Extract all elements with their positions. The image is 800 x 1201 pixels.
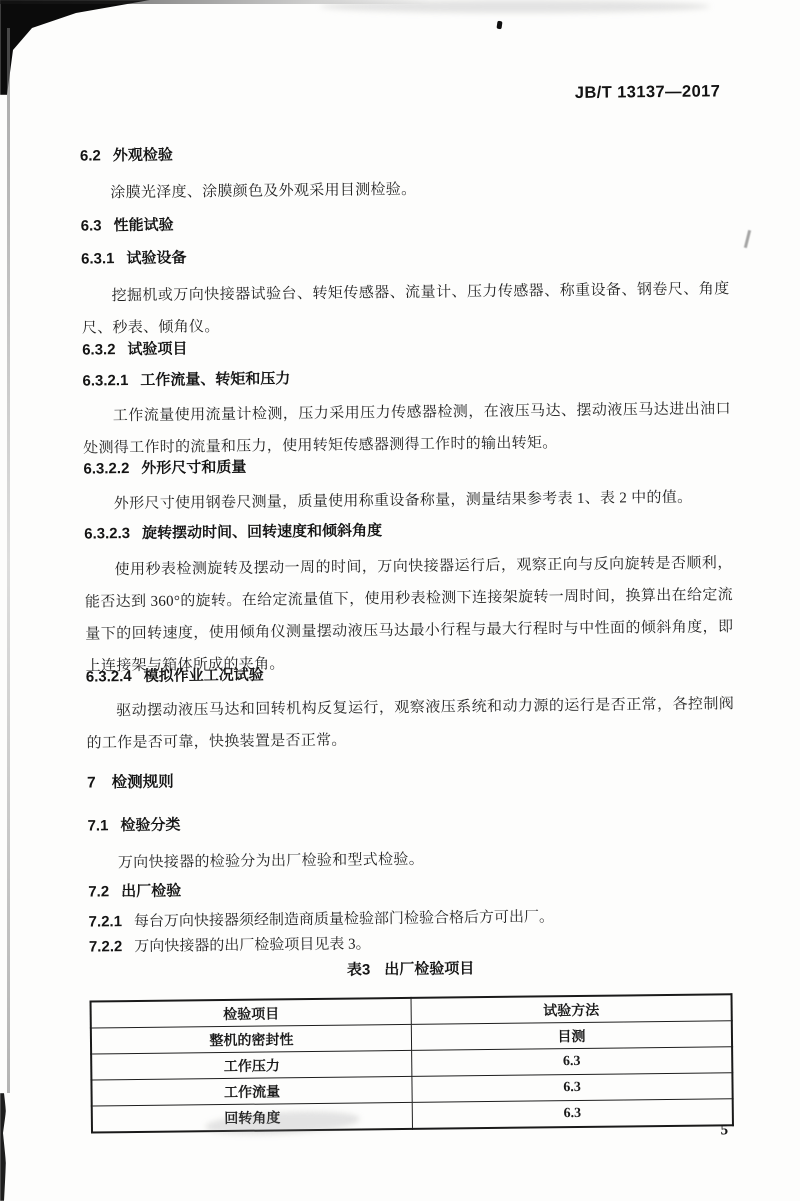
clause-number: 6.3.2.4 <box>86 668 132 686</box>
clause-heading-6-3-2-2: 6.3.2.2外形尺寸和质量 <box>83 456 246 479</box>
clause-heading-6-2: 6.2外观检验 <box>80 144 173 166</box>
clause-title: 出厂检验 <box>121 883 181 901</box>
clause-title: 试验项目 <box>127 340 187 358</box>
standard-code-header: JB/T 13137—2017 <box>575 82 721 103</box>
chapter-number: 7 <box>87 774 96 791</box>
chapter-title: 检测规则 <box>112 774 174 792</box>
table-cell-item: 工作流量 <box>91 1076 412 1106</box>
clause-title: 模拟作业工况试验 <box>144 667 264 685</box>
clause-heading-6-3-2-3: 6.3.2.3旋转摆动时间、回转速度和倾斜角度 <box>84 519 382 543</box>
numbered-item-7-2-1: 7.2.1每台万向快接器须经制造商质量检验部门检验合格后方可出厂。 <box>88 905 554 931</box>
paragraph-6-3-2-1: 工作流量使用流量计检测，压力采用压力传感器检测，在液压马达、摆动液压马达进出油口… <box>83 393 732 464</box>
clause-title: 性能试验 <box>113 217 173 235</box>
clause-number: 6.3.2.3 <box>84 525 130 543</box>
clause-number: 6.2 <box>80 147 101 164</box>
table-cell-item: 整机的密封性 <box>91 1024 412 1054</box>
paragraph-6-3-2-4: 驱动摆动液压马达和回转机构反复运行，观察液压系统和动力源的运行是否正常，各控制阀… <box>86 688 735 759</box>
table3: 检验项目 试验方法 整机的密封性 目测 工作压力 6.3 工作流量 6.3 回转… <box>90 993 734 1133</box>
item-number: 7.2.2 <box>89 938 123 955</box>
table-cell-method: 目测 <box>411 1021 732 1051</box>
clause-title: 旋转摆动时间、回转速度和倾斜角度 <box>142 522 382 542</box>
clause-title: 外观检验 <box>113 147 173 165</box>
item-text: 每台万向快接器须经制造商质量检验部门检验合格后方可出厂。 <box>134 909 554 930</box>
clause-heading-6-3: 6.3性能试验 <box>81 214 174 236</box>
clause-heading-6-3-2-1: 6.3.2.1工作流量、转矩和压力 <box>82 367 290 390</box>
clause-title: 试验设备 <box>126 249 186 267</box>
clause-title: 工作流量、转矩和压力 <box>140 370 290 389</box>
clause-number: 6.3.1 <box>81 250 115 267</box>
clause-number: 6.3 <box>81 217 102 234</box>
table-cell-method: 6.3 <box>412 1073 733 1103</box>
scan-left-bottom-artifact <box>0 1093 6 1201</box>
table-cell-method: 6.3 <box>412 1047 733 1077</box>
clause-heading-6-3-1: 6.3.1试验设备 <box>81 246 187 268</box>
paragraph-7-1: 万向快接器的检验分为出厂检验和型式检验。 <box>88 840 736 879</box>
table3-caption-label: 表3 <box>347 961 371 978</box>
table-header-cell: 检验项目 <box>91 998 412 1028</box>
table-cell-method: 6.3 <box>412 1099 733 1129</box>
scan-left-edge-artifact <box>7 28 10 1093</box>
scanned-page: JB/T 13137—2017 6.2外观检验 涂膜光泽度、涂膜颜色及外观采用目… <box>0 0 800 1201</box>
item-number: 7.2.1 <box>89 913 123 930</box>
clause-heading-6-3-2: 6.3.2试验项目 <box>82 337 188 359</box>
clause-heading-7-2: 7.2出厂检验 <box>88 880 181 902</box>
clause-number: 7.1 <box>87 817 108 834</box>
clause-number: 6.3.2.1 <box>82 372 128 390</box>
table-header-cell: 试验方法 <box>411 994 732 1024</box>
table3-caption-title: 出厂检验项目 <box>384 960 474 978</box>
page-number: 5 <box>720 1122 728 1139</box>
clause-title: 检验分类 <box>120 817 180 835</box>
table3-caption: 表3出厂检验项目 <box>89 954 732 982</box>
numbered-item-7-2-2: 7.2.2万向快接器的出厂检验项目见表 3。 <box>89 932 371 956</box>
item-text: 万向快接器的出厂检验项目见表 3。 <box>134 936 370 955</box>
paragraph-6-3-2-3: 使用秒表检测旋转及摆动一周的时间，万向快接器运行后，观察正向与反向旋转是否顺利，… <box>84 547 733 682</box>
clause-number: 7.2 <box>88 883 109 900</box>
clause-title: 外形尺寸和质量 <box>141 459 246 477</box>
clause-number: 6.3.2 <box>82 341 116 358</box>
clause-heading-7-1: 7.1检验分类 <box>87 814 180 836</box>
scan-top-smudge-artifact <box>320 0 710 13</box>
clause-heading-6-3-2-4: 6.3.2.4模拟作业工况试验 <box>86 664 264 687</box>
table-cell-item: 工作压力 <box>91 1050 412 1080</box>
chapter-heading-7: 7检测规则 <box>87 770 174 793</box>
paragraph-6-3-2-2: 外形尺寸使用钢卷尺测量，质量使用称重设备称量，测量结果参考表 1、表 2 中的值… <box>84 481 732 520</box>
paragraph-6-2: 涂膜光泽度、涂膜颜色及外观采用目测检验。 <box>80 170 728 209</box>
clause-number: 6.3.2.2 <box>83 460 129 478</box>
paragraph-6-3-1: 挖掘机或万向快接器试验台、转矩传感器、流量计、压力传感器、称重设备、钢卷尺、角度… <box>81 273 730 344</box>
